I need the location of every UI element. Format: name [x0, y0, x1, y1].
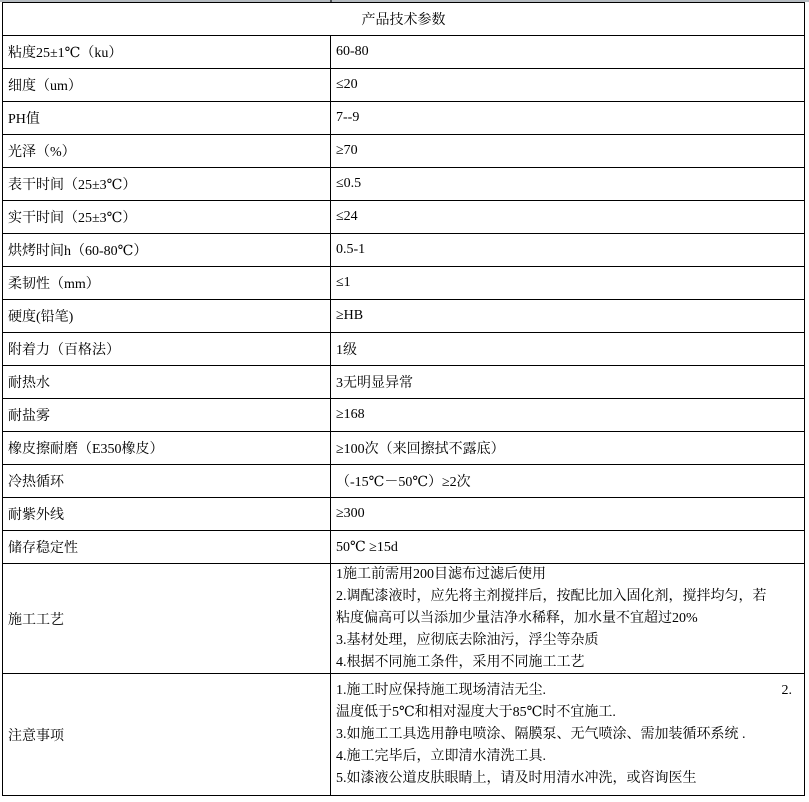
param-label-cell: 细度（um） — [3, 69, 331, 101]
table-row: 光泽（%） ≥70 — [3, 135, 804, 168]
param-label-cell: 表干时间（25±3℃） — [3, 168, 331, 200]
param-label-cell: 附着力（百格法） — [3, 333, 331, 365]
table-row: 表干时间（25±3℃） ≤0.5 — [3, 168, 804, 201]
param-value-cell: ≥70 — [331, 135, 804, 167]
table-row: 冷热循环 （-15℃－50℃）≥2次 — [3, 465, 804, 498]
param-label-cell: 柔韧性（mm） — [3, 267, 331, 299]
process-value-cell: 1施工前需用200目滤布过滤后使用 2.调配漆液时，应先将主剂搅拌后，按配比加入… — [331, 564, 804, 673]
param-value-cell: 7--9 — [331, 102, 804, 134]
table-row: 橡皮擦耐磨（E350橡皮） ≥100次（来回擦拭不露底） — [3, 432, 804, 465]
notes-line: 5.如漆液公道皮肤眼睛上，请及时用清水冲洗，或咨询医生 — [336, 768, 804, 790]
param-label-cell: PH值 — [3, 102, 331, 134]
process-line: 2.调配漆液时，应先将主剂搅拌后，按配比加入固化剂，搅拌均匀，若 — [336, 586, 804, 608]
param-value-cell: ≥300 — [331, 498, 804, 530]
notes-value-cell: 1.施工时应保持施工现场清洁无尘. 2. 温度低于5℃和相对湿度大于85℃时不宜… — [331, 674, 804, 795]
param-label-cell: 烘烤时间h（60-80℃） — [3, 234, 331, 266]
param-label-cell: 储存稳定性 — [3, 531, 331, 563]
param-label-cell: 耐紫外线 — [3, 498, 331, 530]
param-label-cell: 粘度25±1℃（ku） — [3, 36, 331, 68]
param-label-cell: 实干时间（25±3℃） — [3, 201, 331, 233]
table-row: 储存稳定性 50℃ ≥15d — [3, 531, 804, 564]
table-row: 烘烤时间h（60-80℃） 0.5-1 — [3, 234, 804, 267]
param-value-cell: ≥100次（来回擦拭不露底） — [331, 432, 804, 464]
param-value-cell: ≤1 — [331, 267, 804, 299]
param-label-cell: 耐盐雾 — [3, 399, 331, 431]
param-label-cell: 橡皮擦耐磨（E350橡皮） — [3, 432, 331, 464]
table-row: 硬度(铅笔) ≥HB — [3, 300, 804, 333]
param-value-cell: ≤0.5 — [331, 168, 804, 200]
param-value-cell: ≤20 — [331, 69, 804, 101]
notes-line: 3.如施工工具选用静电喷涂、隔膜泵、无气喷涂、需加装循环系统 . — [336, 724, 804, 746]
notes-line: 1.施工时应保持施工现场清洁无尘. 2. — [336, 680, 804, 702]
table-row: 柔韧性（mm） ≤1 — [3, 267, 804, 300]
param-value-cell: 3无明显异常 — [331, 366, 804, 398]
table-header-row: 产品技术参数 — [3, 3, 804, 36]
process-line: 4.根据不同施工条件，采用不同施工工艺 — [336, 652, 804, 674]
table-row-notes: 注意事项 1.施工时应保持施工现场清洁无尘. 2. 温度低于5℃和相对湿度大于8… — [3, 674, 804, 795]
table-row: 附着力（百格法） 1级 — [3, 333, 804, 366]
param-value-cell: 1级 — [331, 333, 804, 365]
param-value-cell: 50℃ ≥15d — [331, 531, 804, 563]
param-label-cell: 注意事项 — [3, 674, 331, 795]
param-label-cell: 光泽（%） — [3, 135, 331, 167]
table-row: 实干时间（25±3℃） ≤24 — [3, 201, 804, 234]
process-line: 1施工前需用200目滤布过滤后使用 — [336, 564, 804, 586]
table-row-process: 施工工艺 1施工前需用200目滤布过滤后使用 2.调配漆液时，应先将主剂搅拌后，… — [3, 564, 804, 674]
table-row: 粘度25±1℃（ku） 60-80 — [3, 36, 804, 69]
notes-line-tail: 2. — [782, 680, 805, 702]
table-row: 细度（um） ≤20 — [3, 69, 804, 102]
table-row: 耐紫外线 ≥300 — [3, 498, 804, 531]
param-label-cell: 耐热水 — [3, 366, 331, 398]
process-line: 3.基材处理，应彻底去除油污，浮尘等杂质 — [336, 630, 804, 652]
param-label-cell: 硬度(铅笔) — [3, 300, 331, 332]
table-row: 耐盐雾 ≥168 — [3, 399, 804, 432]
param-value-cell: ≥168 — [331, 399, 804, 431]
param-value-cell: ≤24 — [331, 201, 804, 233]
notes-line-text: 1.施工时应保持施工现场清洁无尘. — [336, 680, 546, 702]
process-line: 粘度偏高可以当添加少量洁净水稀释，加水量不宜超过20% — [336, 608, 804, 630]
param-value-cell: ≥HB — [331, 300, 804, 332]
param-label-cell: 冷热循环 — [3, 465, 331, 497]
parameters-table: 产品技术参数 粘度25±1℃（ku） 60-80 细度（um） ≤20 PH值 … — [2, 2, 805, 796]
notes-line: 温度低于5℃和相对湿度大于85℃时不宜施工. — [336, 702, 804, 724]
table-row: 耐热水 3无明显异常 — [3, 366, 804, 399]
table-title: 产品技术参数 — [362, 9, 446, 29]
table-row: PH值 7--9 — [3, 102, 804, 135]
param-value-cell: 0.5-1 — [331, 234, 804, 266]
notes-line: 4.施工完毕后，立即清水清洗工具. — [336, 746, 804, 768]
param-label-cell: 施工工艺 — [3, 564, 331, 673]
param-value-cell: 60-80 — [331, 36, 804, 68]
param-value-cell: （-15℃－50℃）≥2次 — [331, 465, 804, 497]
